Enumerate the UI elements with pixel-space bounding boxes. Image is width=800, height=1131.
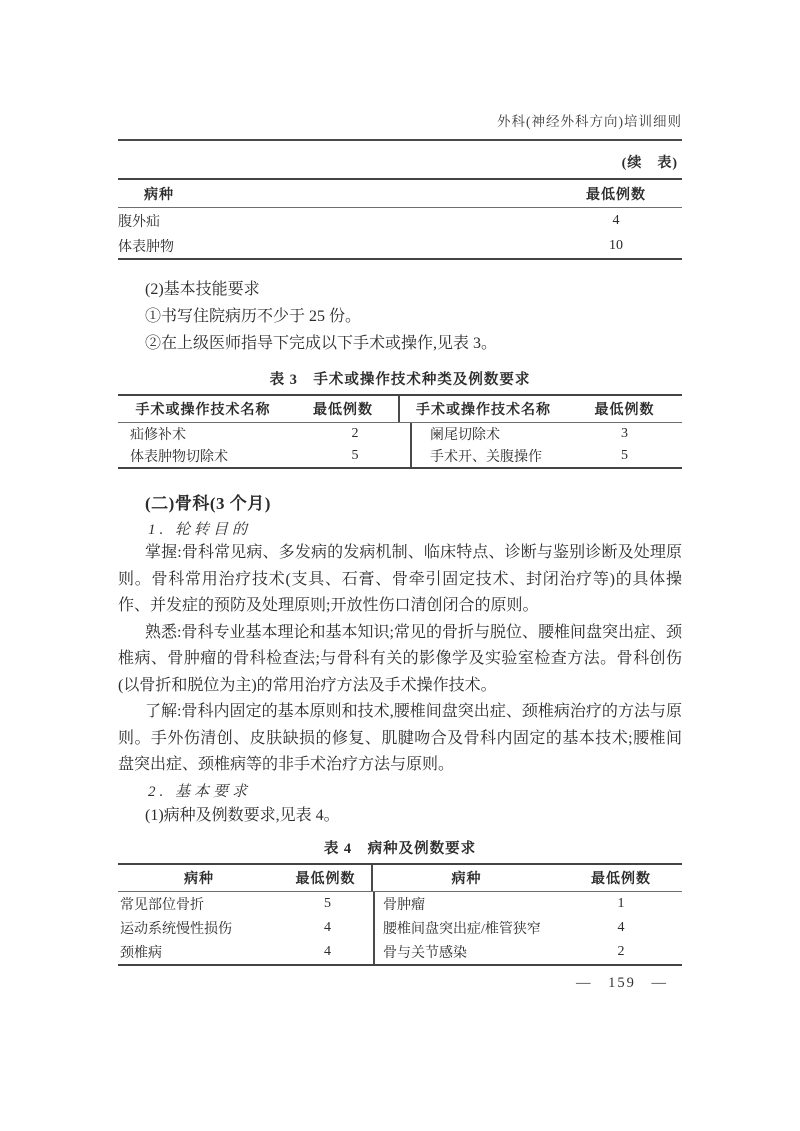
table-row: 运动系统慢性损伤 4 腰椎间盘突出症/椎管狭窄 4 <box>118 916 682 940</box>
procedure-cell: 疝修补术 <box>118 424 300 444</box>
table-header-row: 手术或操作技术名称 最低例数 手术或操作技术名称 最低例数 <box>118 396 682 423</box>
column-header-min-cases: 最低例数 <box>567 399 682 419</box>
min-cases-cell: 10 <box>550 238 682 254</box>
paragraph-familiar: 熟悉:骨科专业基本理论和基本知识;常见的骨折与脱位、腰椎间盘突出症、颈椎病、骨肿… <box>118 620 682 700</box>
min-cases-cell: 4 <box>560 920 682 936</box>
min-cases-cell: 1 <box>560 896 682 912</box>
min-cases-cell: 5 <box>300 448 410 464</box>
disease-cell: 体表肿物 <box>118 236 550 256</box>
table-row: 颈椎病 4 骨与关节感染 2 <box>118 940 682 964</box>
table-continuation: 病种 最低例数 腹外疝 4 体表肿物 10 <box>118 178 682 260</box>
disease-cell: 运动系统慢性损伤 <box>118 918 282 938</box>
table4: 病种 最低例数 病种 最低例数 常见部位骨折 5 骨肿瘤 1 运动系统慢性损伤 … <box>118 863 682 966</box>
table3-title: 表 3 手术或操作技术种类及例数要求 <box>118 370 682 390</box>
section-heading-orthopedics: (二)骨科(3 个月) <box>118 493 682 515</box>
min-cases-cell: 5 <box>282 896 373 912</box>
table-header-row: 病种 最低例数 <box>118 180 682 208</box>
disease-cell: 腹外疝 <box>118 211 550 231</box>
table-row: 体表肿物切除术 5 手术开、关腹操作 5 <box>118 445 682 467</box>
procedure-cell: 阑尾切除术 <box>410 423 567 445</box>
min-cases-cell: 2 <box>560 944 682 960</box>
table-row: 疝修补术 2 阑尾切除术 3 <box>118 423 682 445</box>
basic-skills-block: (2)基本技能要求 ①书写住院病历不少于 25 份。 ②在上级医师指导下完成以下… <box>118 276 682 357</box>
column-header-disease: 病种 <box>118 868 280 888</box>
table3: 手术或操作技术名称 最低例数 手术或操作技术名称 最低例数 疝修补术 2 阑尾切… <box>118 394 682 469</box>
subheading-basic-requirements: 2. 基本要求 <box>118 782 682 802</box>
table-row: 常见部位骨折 5 骨肿瘤 1 <box>118 892 682 916</box>
procedure-cell: 手术开、关腹操作 <box>410 445 567 467</box>
min-cases-cell: 2 <box>300 426 410 442</box>
running-head: 外科(神经外科方向)培训细则 <box>118 113 682 141</box>
skills-item-2: ②在上级医师指导下完成以下手术或操作,见表 3。 <box>118 330 682 357</box>
requirement-line: (1)病种及例数要求,见表 4。 <box>118 802 682 829</box>
table-row: 体表肿物 10 <box>118 233 682 258</box>
column-header-disease: 病种 <box>118 184 550 204</box>
disease-cell: 骨与关节感染 <box>373 940 560 964</box>
min-cases-cell: 4 <box>282 920 373 936</box>
column-header-min-cases: 最低例数 <box>560 868 682 888</box>
subheading-rotation-purpose: 1. 轮转目的 <box>118 520 682 540</box>
column-header-procedure: 手术或操作技术名称 <box>398 396 567 422</box>
column-header-min-cases: 最低例数 <box>288 399 398 419</box>
page-number: — 159 — <box>576 975 668 992</box>
skills-heading: (2)基本技能要求 <box>118 276 682 303</box>
column-header-disease: 病种 <box>371 865 560 891</box>
disease-cell: 常见部位骨折 <box>118 894 282 914</box>
min-cases-cell: 5 <box>567 448 682 464</box>
continued-table-label: (续 表) <box>118 154 682 173</box>
column-header-procedure: 手术或操作技术名称 <box>118 399 288 419</box>
paragraph-master: 掌握:骨科常见病、多发病的发病机制、临床特点、诊断与鉴别诊断及处理原则。骨科常用… <box>118 540 682 620</box>
column-header-min-cases: 最低例数 <box>280 868 371 888</box>
table4-title: 表 4 病种及例数要求 <box>118 839 682 859</box>
disease-cell: 腰椎间盘突出症/椎管狭窄 <box>373 916 560 940</box>
disease-cell: 骨肿瘤 <box>373 892 560 916</box>
column-header-min-cases: 最低例数 <box>550 184 682 204</box>
skills-item-1: ①书写住院病历不少于 25 份。 <box>118 303 682 330</box>
page-content: 外科(神经外科方向)培训细则 (续 表) 病种 最低例数 腹外疝 4 体表肿物 … <box>118 0 682 966</box>
min-cases-cell: 4 <box>282 944 373 960</box>
table-header-row: 病种 最低例数 病种 最低例数 <box>118 865 682 892</box>
table-row: 腹外疝 4 <box>118 208 682 233</box>
paragraph-understand: 了解:骨科内固定的基本原则和技术,腰椎间盘突出症、颈椎病治疗的方法与原则。手外伤… <box>118 699 682 779</box>
min-cases-cell: 4 <box>550 213 682 229</box>
min-cases-cell: 3 <box>567 426 682 442</box>
disease-cell: 颈椎病 <box>118 942 282 962</box>
procedure-cell: 体表肿物切除术 <box>118 446 300 466</box>
